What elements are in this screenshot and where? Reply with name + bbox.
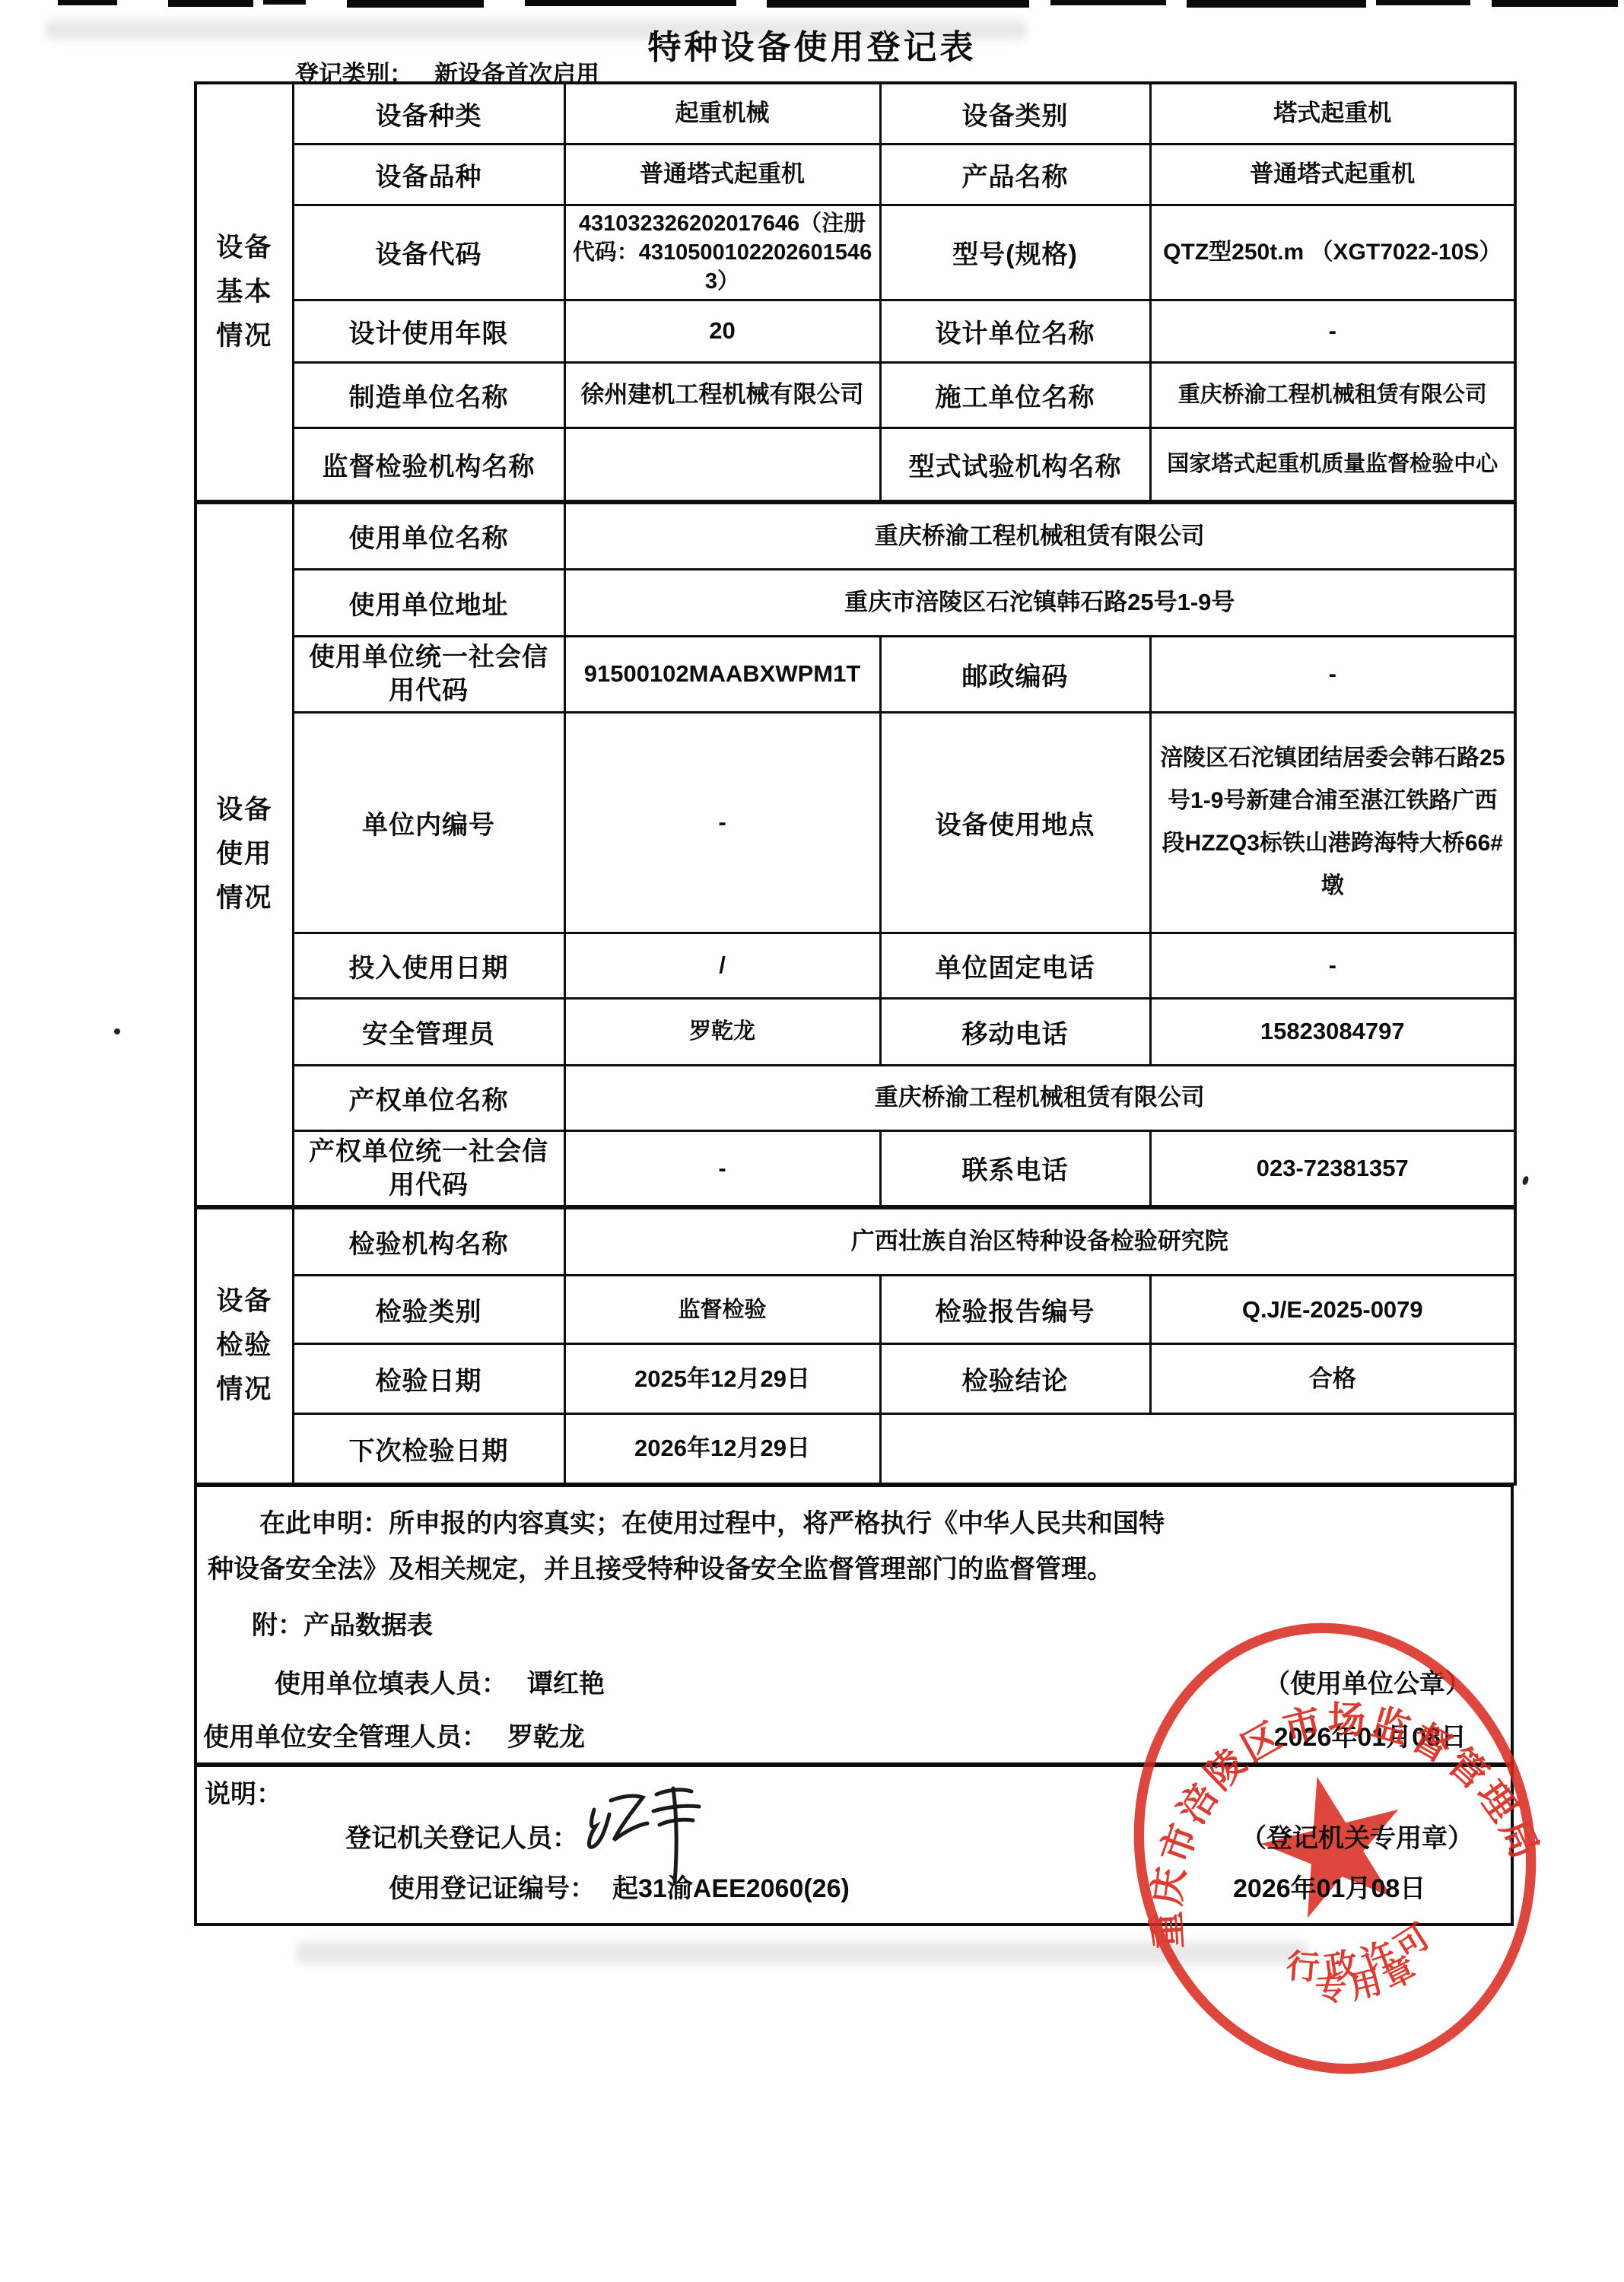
field-value: 广西壮族自治区特种设备检验研究院 [564,1207,1515,1276]
registration-form: 设备 基本 情况 设备种类 起重机械 设备类别 塔式起重机 设备品种 普通塔式起… [194,81,1514,1926]
scan-artifact [263,0,306,5]
field-value: 023-72381357 [1150,1130,1515,1207]
field-label: 产权单位名称 [293,1065,564,1130]
table-row: 设备 检验 情况 检验机构名称 广西壮族自治区特种设备检验研究院 [195,1207,1515,1276]
field-value: 重庆桥渝工程机械租赁有限公司 [1150,362,1515,427]
field-value: 起重机械 [564,83,880,144]
declaration-box: 在此申明：所申报的内容真实；在使用过程中，将严格执行《中华人民共和国特 种设备安… [194,1483,1514,1766]
field-label: 联系电话 [880,1130,1150,1207]
field-value: QTZ型250t.m （XGT7022-10S） [1150,205,1515,300]
scan-speck [1521,1175,1530,1186]
scan-artifact [767,0,1029,8]
field-value: 涪陵区石沱镇团结居委会韩石路25号1-9号新建合浦至湛江铁路广西段HZZQ3标铁… [1150,712,1515,933]
field-label: 设备使用地点 [880,712,1150,933]
safety-manager-name: 罗乾龙 [507,1723,585,1752]
field-value: 普通塔式起重机 [1150,144,1515,205]
page-title: 特种设备使用登记表 [0,20,1624,68]
table-row: 产权单位统一社会信用代码 - 联系电话 023-72381357 [195,1130,1515,1207]
field-value: - [1150,300,1515,362]
field-value: 431032326202017646（注册代码：4310500102202601… [564,205,880,300]
field-value: 国家塔式起重机质量监督检验中心 [1150,427,1515,502]
table-row: 产权单位名称 重庆桥渝工程机械租赁有限公司 [195,1065,1515,1130]
section-inspection-info: 设备 检验 情况 [195,1207,293,1484]
scan-speck [114,1028,120,1035]
agency-seal-note: （登记机关专用章） [1241,1817,1473,1855]
table-row: 使用单位地址 重庆市涪陵区石沱镇韩石路25号1-9号 [195,569,1515,636]
form-filler-label: 使用单位填表人员： [275,1670,507,1699]
field-label: 使用单位统一社会信用代码 [293,636,564,712]
field-value: 重庆市涪陵区石沱镇韩石路25号1-9号 [564,569,1515,636]
attachment-note: 附：产品数据表 [252,1604,1511,1642]
field-label: 邮政编码 [880,636,1150,712]
field-value: - [1150,933,1515,998]
registrar-label: 登记机关登记人员： [345,1824,578,1853]
unit-seal-note: （使用单位公章） [1264,1663,1471,1700]
field-label: 安全管理员 [293,998,564,1065]
table-row: 设备 基本 情况 设备种类 起重机械 设备类别 塔式起重机 [195,83,1515,144]
field-label: 型号(规格) [880,205,1150,300]
field-value: - [1150,636,1515,712]
field-label: 单位内编号 [293,712,564,933]
registrar-signature [583,1781,728,1887]
scan-artifact [168,0,253,7]
field-value: Q.J/E-2025-0079 [1150,1276,1515,1344]
field-label: 型式试验机构名称 [880,427,1150,502]
field-value-empty [564,427,880,502]
field-value: 15823084797 [1150,998,1515,1065]
section-basic-info: 设备 基本 情况 [195,83,293,502]
field-value: 罗乾龙 [564,998,880,1065]
field-value: / [564,933,880,998]
stamp-sub2-text: 专用章 [1307,1946,1429,2015]
field-value: 2025年12月29日 [564,1344,880,1414]
table-row: 监督检验机构名称 型式试验机构名称 国家塔式起重机质量监督检验中心 [195,427,1515,502]
field-label: 产品名称 [880,144,1150,205]
field-label: 检验结论 [880,1344,1150,1414]
field-label: 移动电话 [880,998,1150,1065]
form-filler-row: 使用单位填表人员：谭红艳 （使用单位公章） [197,1663,1511,1699]
field-label: 施工单位名称 [880,362,1150,427]
field-value: 2026年12月29日 [564,1414,880,1484]
field-value: 20 [564,300,880,362]
table-row: 设备品种 普通塔式起重机 产品名称 普通塔式起重机 [195,144,1515,205]
table-row: 下次检验日期 2026年12月29日 [195,1414,1515,1484]
field-value-empty [880,1414,1515,1484]
field-value: 监督检验 [564,1276,880,1344]
field-value: 塔式起重机 [1150,83,1515,144]
field-value: 合格 [1150,1344,1515,1414]
scan-artifact [58,0,117,5]
table-row: 制造单位名称 徐州建机工程机械有限公司 施工单位名称 重庆桥渝工程机械租赁有限公… [195,362,1515,427]
table-row: 使用单位统一社会信用代码 91500102MAABXWPM1T 邮政编码 - [195,636,1515,712]
safety-manager-row: 使用单位安全管理人员：罗乾龙 2026年01月08日 [197,1716,1511,1753]
field-value: 重庆桥渝工程机械租赁有限公司 [564,1065,1515,1130]
field-label: 检验日期 [293,1344,564,1414]
safety-manager-label: 使用单位安全管理人员： [203,1723,488,1752]
notes-label: 说明： [205,1773,282,1810]
field-label: 使用单位地址 [293,569,564,636]
field-label: 投入使用日期 [293,933,564,998]
field-label: 设备代码 [293,205,564,300]
table-row: 安全管理员 罗乾龙 移动电话 15823084797 [195,998,1515,1065]
scan-artifact [1376,0,1470,5]
field-label: 制造单位名称 [293,362,564,427]
certificate-label: 使用登记证编号： [389,1874,596,1903]
declaration-date: 2026年01月08日 [1274,1716,1467,1753]
table-row: 设备代码 431032326202017646（注册代码：43105001022… [195,205,1515,300]
form-filler-name: 谭红艳 [527,1670,605,1699]
table-row: 投入使用日期 / 单位固定电话 - [195,933,1515,998]
scan-artifact [1492,0,1618,7]
scanned-registration-form-page: 特种设备使用登记表 登记类别：新设备首次启用 设备 基本 情况 设备种类 起重机… [0,0,1624,2282]
registration-date: 2026年01月08日 [1233,1867,1425,1905]
registration-table: 设备 基本 情况 设备种类 起重机械 设备类别 塔式起重机 设备品种 普通塔式起… [194,81,1517,1486]
field-label: 下次检验日期 [293,1414,564,1484]
field-value: 徐州建机工程机械有限公司 [564,362,880,427]
section-usage-info: 设备 使用 情况 [195,502,293,1207]
field-label: 监督检验机构名称 [293,427,564,502]
field-label: 设计使用年限 [293,300,564,362]
field-label: 设备类别 [880,83,1150,144]
notes-box: 说明： 登记机关登记人员： （登记机关专用章） 使用登记证编号：起31渝AEE2… [194,1762,1514,1926]
scan-artifact [347,0,484,8]
field-label: 设备品种 [293,144,564,205]
scan-smudge [297,1941,1308,1964]
field-value: - [564,712,880,933]
field-value: 91500102MAABXWPM1T [564,636,880,712]
scan-artifact [1050,0,1166,5]
table-row: 单位内编号 - 设备使用地点 涪陵区石沱镇团结居委会韩石路25号1-9号新建合浦… [195,712,1515,933]
field-label: 设计单位名称 [880,300,1150,362]
field-label: 使用单位名称 [293,502,564,569]
table-row: 设备 使用 情况 使用单位名称 重庆桥渝工程机械租赁有限公司 [195,502,1515,569]
field-value: 重庆桥渝工程机械租赁有限公司 [564,502,1515,569]
field-label: 检验机构名称 [293,1207,564,1276]
scan-artifact [525,0,736,6]
field-label: 检验报告编号 [880,1276,1150,1344]
field-label: 产权单位统一社会信用代码 [293,1130,564,1207]
field-label: 检验类别 [293,1276,564,1344]
scan-artifact [1187,0,1366,8]
field-value: 普通塔式起重机 [564,144,880,205]
field-label: 设备种类 [293,83,564,144]
field-value: - [564,1130,880,1207]
table-row: 设计使用年限 20 设计单位名称 - [195,300,1515,362]
table-row: 检验日期 2025年12月29日 检验结论 合格 [195,1344,1515,1414]
table-row: 检验类别 监督检验 检验报告编号 Q.J/E-2025-0079 [195,1276,1515,1344]
field-label: 单位固定电话 [880,933,1150,998]
declaration-text: 在此申明：所申报的内容真实；在使用过程中，将严格执行《中华人民共和国特 种设备安… [208,1501,1500,1592]
registrar-row: 登记机关登记人员： [345,1817,578,1855]
